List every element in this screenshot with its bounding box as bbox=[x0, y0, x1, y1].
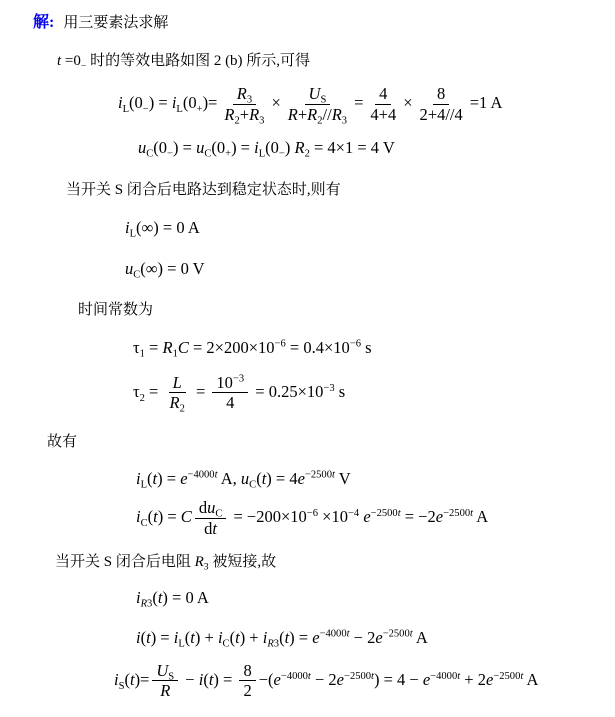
eq-source-current: iS(t)=USR − i(t) = 82−(e−4000t − 2e−2500… bbox=[0, 661, 601, 702]
eq-ic-response: iC(t) = CduCdt = −200×10−6 ×10−4 e−2500t… bbox=[0, 498, 601, 539]
solution-header: 解:用三要素法求解 bbox=[0, 12, 601, 34]
eq-uc-infinity: uC(∞) = 0 V bbox=[0, 258, 601, 279]
para-time-constants: 时间常数为 bbox=[0, 300, 601, 320]
para-thus: 故有 bbox=[0, 432, 601, 452]
eq-uc-initial-value: uC(0−) = uC(0+) = iL(0−) R2 = 4×1 = 4 V bbox=[0, 137, 601, 158]
eq-tau2: τ2 = LR2 = 10−34 = 0.25×10−3 s bbox=[0, 373, 601, 414]
solution-method-text: 用三要素法求解 bbox=[63, 15, 168, 31]
eq-il-uc-response: iL(t) = e−4000t A, uC(t) = 4e−2500t V bbox=[0, 468, 601, 489]
eq-il-initial-value: iL(0−) = iL(0+)=R3R2+R3×USR+R2//R3=44+4×… bbox=[0, 84, 601, 125]
eq-il-infinity: iL(∞) = 0 A bbox=[0, 217, 601, 238]
para-steady-state: 当开关 S 闭合后电路达到稳定状态时,则有 bbox=[0, 180, 601, 200]
eq-total-current: i(t) = iL(t) + iC(t) + iR3(t) = e−4000t … bbox=[0, 627, 601, 648]
eq-ir3: iR3(t) = 0 A bbox=[0, 587, 601, 608]
solution-label: 解: bbox=[33, 14, 54, 31]
para-equivalent-circuit: t =0− 时的等效电路如图 2 (b) 所示,可得 bbox=[0, 51, 601, 71]
solution-document: 解:用三要素法求解 t =0− 时的等效电路如图 2 (b) 所示,可得 iL(… bbox=[0, 0, 615, 701]
para-switch-shorted: 当开关 S 闭合后电阻 R3 被短接,故 bbox=[0, 552, 601, 572]
eq-tau1: τ1 = R1C = 2×200×10−6 = 0.4×10−6 s bbox=[0, 337, 601, 358]
